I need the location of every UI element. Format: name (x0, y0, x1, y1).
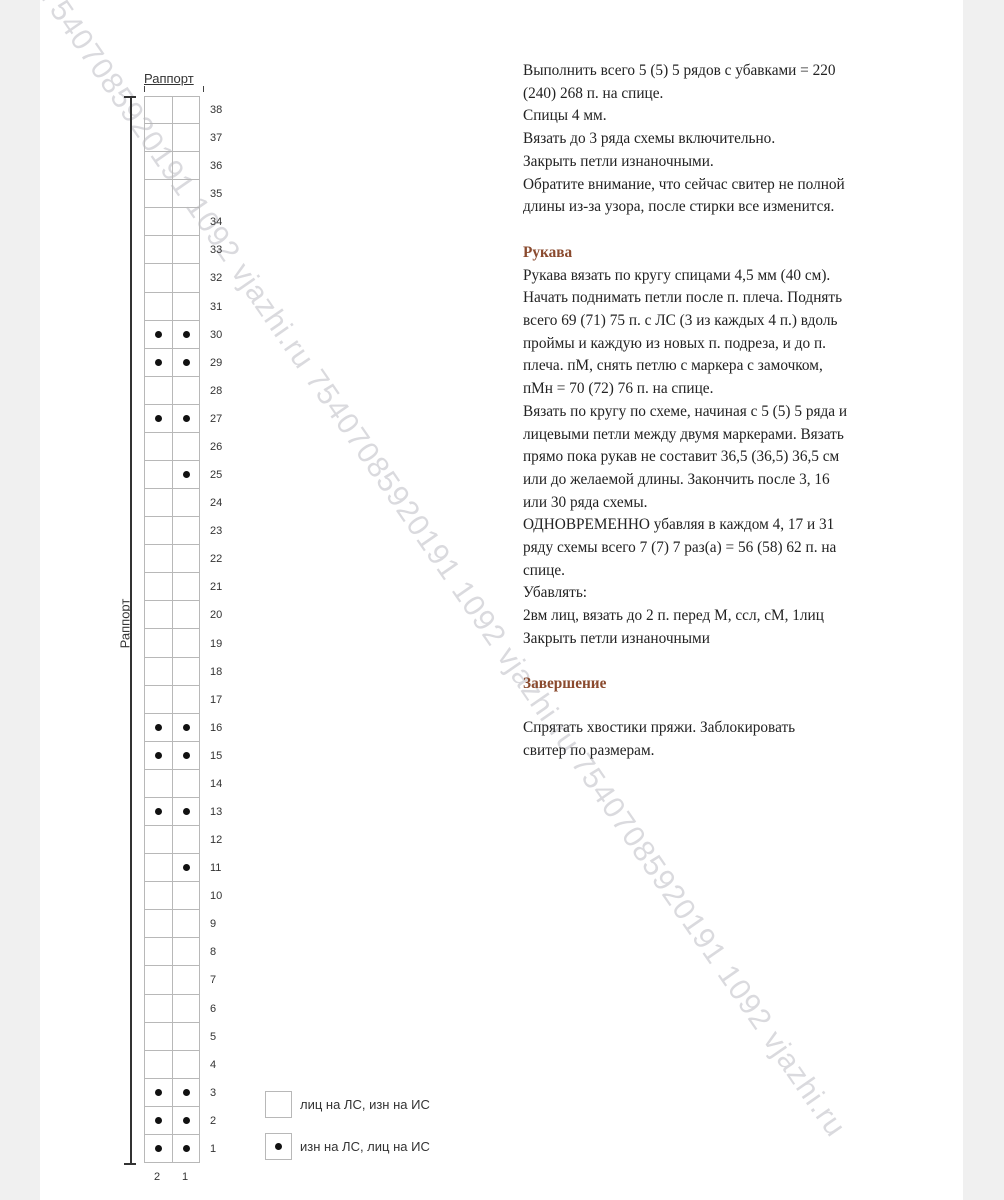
chart-grid (144, 96, 200, 1163)
chart-row-29 (144, 349, 200, 377)
chart-row-32 (144, 264, 200, 292)
chart-row-11 (144, 854, 200, 882)
chart-row-24 (144, 489, 200, 517)
document-page: 75407085920191 1092 vjazhi.ru 7540708592… (40, 0, 963, 1200)
text-line: Убавлять: (523, 582, 963, 605)
chart-row-10 (144, 882, 200, 910)
row-number: 28 (210, 385, 230, 397)
row-number: 34 (210, 216, 230, 228)
row-number: 13 (210, 806, 230, 818)
chart-row-38 (144, 96, 200, 124)
chart-row-35 (144, 180, 200, 208)
dot-icon (183, 359, 190, 366)
dot-icon (183, 415, 190, 422)
text-line: Вязать по кругу по схеме, начиная с 5 (5… (523, 401, 963, 424)
text-line: Вязать до 3 ряда схемы включительно. (523, 128, 963, 151)
chart-row-19 (144, 629, 200, 657)
chart-cell (172, 1107, 200, 1134)
dot-icon (155, 331, 162, 338)
chart-cell (144, 742, 172, 769)
chart-cell (144, 826, 172, 853)
dot-icon (183, 331, 190, 338)
dot-icon (155, 808, 162, 815)
chart-cell (172, 882, 200, 909)
row-number: 32 (210, 272, 230, 284)
text-line: (240) 268 п. на спице. (523, 83, 963, 106)
dot-icon (155, 415, 162, 422)
chart-cell (144, 517, 172, 544)
chart-cell (172, 938, 200, 965)
instructions-text: Выполнить всего 5 (5) 5 рядов с убавками… (523, 60, 963, 763)
chart-cell (144, 124, 172, 151)
chart-cell (144, 714, 172, 741)
chart-cell (172, 1051, 200, 1078)
text-line: длины из-за узора, после стирки все изме… (523, 196, 963, 219)
text-line: всего 69 (71) 75 п. с ЛС (3 из каждых 4 … (523, 310, 963, 333)
dot-icon (183, 471, 190, 478)
legend-label-purl: изн на ЛС, лиц на ИС (300, 1139, 430, 1154)
chart-cell (172, 236, 200, 263)
legend-label-knit: лиц на ЛС, изн на ИС (300, 1097, 430, 1112)
row-number: 14 (210, 778, 230, 790)
chart-cell (172, 405, 200, 432)
row-number: 21 (210, 581, 230, 593)
row-number: 9 (210, 918, 230, 930)
chart-cell (144, 770, 172, 797)
dot-icon (183, 1117, 190, 1124)
chart-cell (144, 405, 172, 432)
row-number: 29 (210, 357, 230, 369)
text-line: плеча. пМ, снять петлю с маркера с замоч… (523, 355, 963, 378)
row-number: 8 (210, 946, 230, 958)
row-number: 10 (210, 890, 230, 902)
chart-cell (172, 152, 200, 179)
column-label-1: 1 (182, 1171, 188, 1183)
text-line: Выполнить всего 5 (5) 5 рядов с убавками… (523, 60, 963, 83)
chart-row-13 (144, 798, 200, 826)
text-line: Спрятать хвостики пряжи. Заблокировать (523, 717, 963, 740)
row-number: 25 (210, 469, 230, 481)
chart-row-18 (144, 658, 200, 686)
row-number: 30 (210, 329, 230, 341)
chart-row-1 (144, 1135, 200, 1163)
row-number: 18 (210, 666, 230, 678)
chart-cell (144, 966, 172, 993)
chart-cell (172, 826, 200, 853)
dot-icon (155, 1145, 162, 1152)
rapport-top-bracket (144, 86, 204, 92)
chart-cell (144, 236, 172, 263)
chart-cell (144, 910, 172, 937)
chart-row-15 (144, 742, 200, 770)
text-line: Начать поднимать петли после п. плеча. П… (523, 287, 963, 310)
sleeves-heading: Рукава (523, 242, 963, 265)
text-line: свитер по размерам. (523, 740, 963, 763)
chart-row-6 (144, 995, 200, 1023)
row-number: 20 (210, 609, 230, 621)
chart-cell (172, 770, 200, 797)
chart-cell (144, 152, 172, 179)
chart-cell (172, 461, 200, 488)
chart-cell (172, 966, 200, 993)
chart-cell (172, 180, 200, 207)
chart-cell (172, 854, 200, 881)
chart-cell (172, 264, 200, 291)
chart-cell (172, 658, 200, 685)
dot-icon (183, 808, 190, 815)
chart-row-36 (144, 152, 200, 180)
chart-cell (144, 995, 172, 1022)
row-number: 6 (210, 1003, 230, 1015)
text-line: или 30 ряда схемы. (523, 492, 963, 515)
column-label-2: 2 (154, 1171, 160, 1183)
row-number: 31 (210, 301, 230, 313)
dot-icon (183, 752, 190, 759)
chart-row-25 (144, 461, 200, 489)
chart-cell (172, 686, 200, 713)
row-number: 12 (210, 834, 230, 846)
chart-row-2 (144, 1107, 200, 1135)
chart-row-31 (144, 293, 200, 321)
intro-paragraph: Выполнить всего 5 (5) 5 рядов с убавками… (523, 60, 963, 219)
finishing-paragraph: Спрятать хвостики пряжи. Заблокироватьсв… (523, 717, 963, 762)
chart-row-34 (144, 208, 200, 236)
legend-symbol-empty (265, 1091, 292, 1118)
row-number: 15 (210, 750, 230, 762)
row-number: 2 (210, 1115, 230, 1127)
text-line: Обратите внимание, что сейчас свитер не … (523, 174, 963, 197)
chart-cell (144, 938, 172, 965)
chart-cell (172, 517, 200, 544)
row-number: 22 (210, 553, 230, 565)
chart-row-23 (144, 517, 200, 545)
chart-cell (144, 573, 172, 600)
chart-row-30 (144, 321, 200, 349)
row-number: 26 (210, 441, 230, 453)
chart-row-22 (144, 545, 200, 573)
dot-icon (155, 1117, 162, 1124)
chart-row-20 (144, 601, 200, 629)
chart-cell (172, 1135, 200, 1162)
text-line: лицевыми петли между двумя маркерами. Вя… (523, 424, 963, 447)
row-number: 37 (210, 132, 230, 144)
chart-cell (172, 573, 200, 600)
chart-cell (144, 97, 172, 123)
row-number: 36 (210, 160, 230, 172)
chart-cell (172, 601, 200, 628)
text-line: или до желаемой длины. Закончить после 3… (523, 469, 963, 492)
text-line: спице. (523, 560, 963, 583)
chart-row-21 (144, 573, 200, 601)
chart-row-26 (144, 433, 200, 461)
chart-cell (144, 545, 172, 572)
row-number: 3 (210, 1087, 230, 1099)
chart-cell (144, 461, 172, 488)
chart-cell (144, 798, 172, 825)
text-line: Рукава вязать по кругу спицами 4,5 мм (4… (523, 265, 963, 288)
chart-cell (144, 601, 172, 628)
chart-cell (144, 658, 172, 685)
dot-icon (183, 1145, 190, 1152)
text-line: проймы и каждую из новых п. подреза, и д… (523, 333, 963, 356)
chart-cell (144, 1107, 172, 1134)
dot-icon (183, 1089, 190, 1096)
chart-cell (144, 433, 172, 460)
rapport-side-label: Раппорт (118, 594, 133, 654)
dot-icon (183, 864, 190, 871)
chart-row-27 (144, 405, 200, 433)
chart-cell (144, 489, 172, 516)
chart-cell (172, 208, 200, 235)
text-line: прямо пока рукав не составит 36,5 (36,5)… (523, 446, 963, 469)
chart-row-9 (144, 910, 200, 938)
text-line: Закрыть петли изнаночными (523, 628, 963, 651)
sleeves-paragraph: Рукава вязать по кругу спицами 4,5 мм (4… (523, 265, 963, 651)
chart-row-5 (144, 1023, 200, 1051)
row-number: 23 (210, 525, 230, 537)
chart-row-14 (144, 770, 200, 798)
chart-cell (144, 686, 172, 713)
chart-cell (144, 264, 172, 291)
chart-row-37 (144, 124, 200, 152)
row-number: 35 (210, 188, 230, 200)
dot-icon (155, 752, 162, 759)
chart-row-28 (144, 377, 200, 405)
chart-cell (172, 995, 200, 1022)
text-line: ОДНОВРЕМЕННО убавляя в каждом 4, 17 и 31 (523, 514, 963, 537)
chart-cell (144, 1135, 172, 1162)
text-line: ряду схемы всего 7 (7) 7 раз(а) = 56 (58… (523, 537, 963, 560)
chart-row-12 (144, 826, 200, 854)
dot-icon (155, 724, 162, 731)
chart-cell (172, 489, 200, 516)
text-line: 2вм лиц, вязать до 2 п. перед М, ссл, сМ… (523, 605, 963, 628)
text-line: Закрыть петли изнаночными. (523, 151, 963, 174)
chart-cell (144, 321, 172, 348)
chart-cell (144, 629, 172, 656)
row-number: 5 (210, 1031, 230, 1043)
rapport-side-tick-bottom (124, 1163, 136, 1165)
rapport-side-tick-top (124, 96, 136, 98)
chart-row-3 (144, 1079, 200, 1107)
row-number: 33 (210, 244, 230, 256)
chart-cell (144, 208, 172, 235)
chart-row-17 (144, 686, 200, 714)
chart-cell (172, 377, 200, 404)
chart-cell (172, 742, 200, 769)
chart-cell (172, 714, 200, 741)
row-number: 4 (210, 1059, 230, 1071)
chart-cell (172, 293, 200, 320)
chart-cell (144, 854, 172, 881)
chart-cell (172, 545, 200, 572)
legend-symbol-dot (265, 1133, 292, 1160)
chart-row-8 (144, 938, 200, 966)
chart-row-7 (144, 966, 200, 994)
chart-cell (144, 349, 172, 376)
row-number: 24 (210, 497, 230, 509)
rapport-top-label: Раппорт (144, 71, 194, 86)
chart-cell (172, 433, 200, 460)
text-line: пМн = 70 (72) 76 п. на спице. (523, 378, 963, 401)
dot-icon (183, 724, 190, 731)
chart-cell (144, 180, 172, 207)
chart-cell (144, 1051, 172, 1078)
row-number: 17 (210, 694, 230, 706)
knitting-chart: Раппорт Раппорт 383736353433323130292827… (40, 0, 540, 1200)
row-number: 16 (210, 722, 230, 734)
row-number: 7 (210, 974, 230, 986)
chart-cell (172, 1023, 200, 1050)
chart-cell (144, 1023, 172, 1050)
chart-cell (172, 321, 200, 348)
chart-cell (144, 1079, 172, 1106)
chart-row-4 (144, 1051, 200, 1079)
chart-cell (172, 910, 200, 937)
chart-cell (172, 629, 200, 656)
chart-cell (172, 349, 200, 376)
chart-cell (144, 882, 172, 909)
row-number: 38 (210, 104, 230, 116)
row-number: 19 (210, 638, 230, 650)
row-number: 1 (210, 1143, 230, 1155)
text-line: Спицы 4 мм. (523, 105, 963, 128)
row-number: 27 (210, 413, 230, 425)
chart-row-33 (144, 236, 200, 264)
chart-cell (144, 293, 172, 320)
chart-cell (172, 1079, 200, 1106)
dot-icon (155, 1089, 162, 1096)
dot-icon (155, 359, 162, 366)
chart-cell (172, 124, 200, 151)
chart-row-16 (144, 714, 200, 742)
chart-cell (172, 97, 200, 123)
row-number: 11 (210, 862, 230, 874)
finishing-heading: Завершение (523, 673, 963, 696)
chart-cell (172, 798, 200, 825)
chart-cell (144, 377, 172, 404)
dot-icon (275, 1143, 282, 1150)
